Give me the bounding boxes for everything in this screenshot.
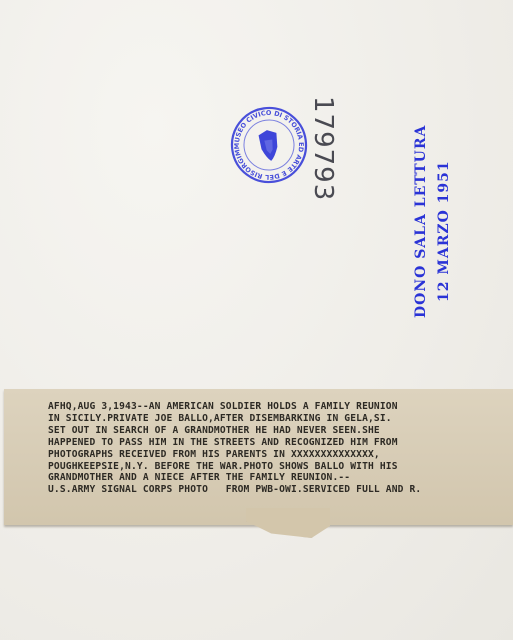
caption-line: PHOTOGRAPHS RECEIVED FROM HIS PARENTS IN… — [48, 449, 508, 461]
torn-paper-flap — [246, 508, 330, 538]
acquisition-stamp-date: 12 MARZO 1951 — [433, 125, 456, 318]
handwritten-inventory-number: 179793 — [308, 96, 338, 206]
acquisition-stamp-line: DONO SALA LETTURA — [410, 125, 433, 318]
museum-seal-stamp: MUSEO CIVICO DI STORIA ED ARTE E DEL RIS… — [222, 101, 316, 190]
photo-reverse-sheet: MUSEO CIVICO DI STORIA ED ARTE E DEL RIS… — [0, 0, 513, 640]
caption-strip: AFHQ,AUG 3,1943--AN AMERICAN SOLDIER HOL… — [4, 389, 513, 525]
caption-line: AFHQ,AUG 3,1943--AN AMERICAN SOLDIER HOL… — [48, 401, 508, 413]
caption-line: POUGHKEEPSIE,N.Y. BEFORE THE WAR.PHOTO S… — [48, 461, 508, 473]
acquisition-stamp: DONO SALA LETTURA 12 MARZO 1951 — [410, 125, 456, 318]
caption-line: GRANDMOTHER AND A NIECE AFTER THE FAMILY… — [48, 472, 508, 484]
caption-line: U.S.ARMY SIGNAL CORPS PHOTO FROM PWB-OWI… — [48, 484, 508, 496]
caption-line: SET OUT IN SEARCH OF A GRANDMOTHER HE HA… — [48, 425, 508, 437]
circular-museum-seal-icon: MUSEO CIVICO DI STORIA ED ARTE E DEL RIS… — [222, 101, 316, 190]
caption-line: HAPPENED TO PASS HIM IN THE STREETS AND … — [48, 437, 508, 449]
caption-text: AFHQ,AUG 3,1943--AN AMERICAN SOLDIER HOL… — [48, 401, 508, 496]
caption-line: IN SICILY.PRIVATE JOE BALLO,AFTER DISEMB… — [48, 413, 508, 425]
